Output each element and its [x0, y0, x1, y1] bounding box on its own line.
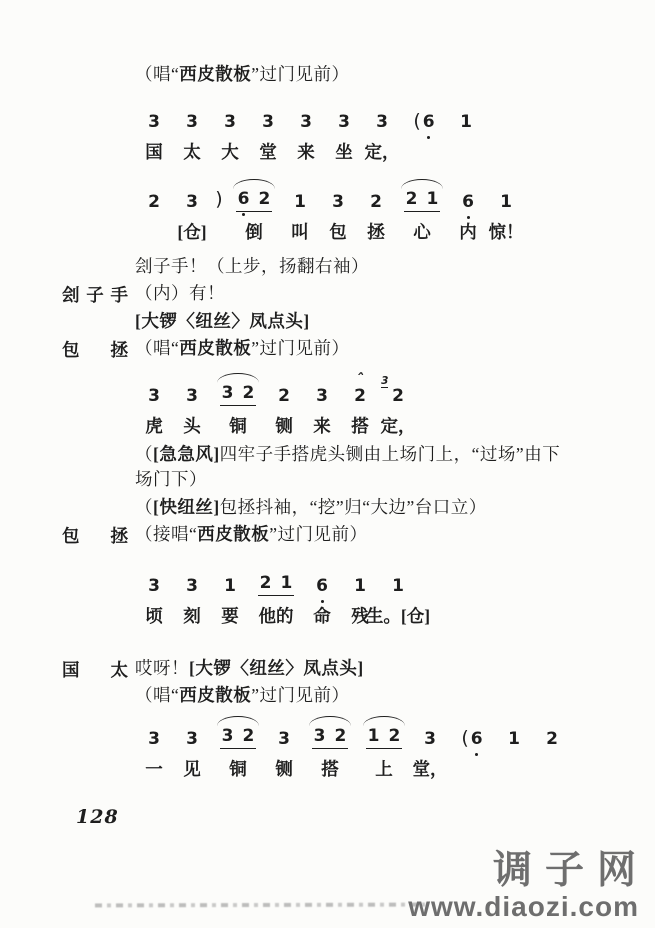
speaker-char: 子 — [86, 283, 104, 308]
text-line: （接唱“西皮散板”过门见前） — [135, 522, 635, 548]
music-cell: 3坐 — [325, 108, 363, 164]
plain-text: 场门下） — [135, 469, 207, 489]
lyric-syllable: 铡 — [275, 758, 293, 781]
jianpu-note: 3 — [314, 726, 326, 746]
jianpu-note: 3 — [300, 112, 312, 132]
music-cell: 3大 — [211, 108, 249, 164]
dialog-1: 刽子手（内）有！ — [62, 281, 635, 307]
speaker-char: 刽 — [62, 283, 80, 308]
scan-artifact-line — [95, 903, 425, 908]
note-row: 1 — [392, 572, 404, 596]
note-row: 32 — [312, 725, 349, 749]
lyric-syllable: 心 — [413, 221, 431, 244]
note-digits: 2ˆ — [354, 386, 366, 406]
accent-caret: ˆ — [357, 375, 364, 385]
dialog-3: 包拯（接唱“西皮散板”过门见前） — [62, 522, 635, 548]
music-cell: 1生。[仓] — [379, 572, 417, 628]
note-row: 3 — [332, 188, 344, 212]
note-row: 6 — [316, 572, 328, 596]
lyric-syllable: 顷 — [145, 605, 163, 628]
music-1: 3国3太3大3堂3来3坐3定，(61 — [62, 108, 635, 164]
watermark-site-url: www.diaozi.com — [408, 892, 639, 922]
low-octave-dot — [427, 136, 430, 139]
music-cell: 1 — [495, 725, 533, 781]
note-row: 1 — [224, 572, 236, 596]
lyric-syllable: 他的 — [259, 605, 294, 628]
note-digits: 3 — [300, 112, 312, 132]
jianpu-note: 2 — [546, 729, 558, 749]
grace-note: 3 — [381, 377, 388, 388]
jianpu-line: 3国3太3大3堂3来3坐3定，(61 — [135, 108, 635, 164]
music-cell: 3铡 — [265, 725, 303, 781]
text-line: （内）有！ — [135, 281, 635, 307]
text-line: （[急急风]四牢子手搭虎头铡由上场门上，“过场”由下 — [135, 442, 635, 468]
music-cell: 2 — [135, 188, 173, 244]
jianpu-note: 3 — [316, 386, 328, 406]
lyric-syllable: 见 — [183, 758, 201, 781]
lyric-syllable: 太 — [183, 141, 201, 164]
note-digits: 3 — [186, 192, 198, 212]
plain-text: （接唱“ — [135, 524, 197, 544]
music-cell: 21他的 — [249, 572, 303, 628]
jianpu-note: 2 — [389, 726, 401, 746]
lyric-syllable: 生。[仓] — [366, 605, 430, 628]
jianpu-note: 3 — [148, 386, 160, 406]
plain-text: 哎呀！ — [135, 658, 189, 678]
music-cell: 2ˆ搭 — [341, 382, 379, 438]
direction-3: （[急急风]四牢子手搭虎头铡由上场门上，“过场”由下场门下） — [62, 442, 635, 493]
note-digits: 1 — [508, 729, 520, 749]
low-octave-dot — [475, 753, 478, 756]
note-digits: 2 — [148, 192, 160, 212]
lyric-syllable: 倒 — [245, 221, 263, 244]
speaker-char: 包 — [62, 524, 80, 549]
jianpu-line: 3顷3刻1要21他的6命1残1生。[仓] — [135, 572, 635, 628]
plain-text: （内）有！ — [135, 283, 225, 303]
music-cell: 3顷 — [135, 572, 173, 628]
plain-text: ”过门见前） — [251, 64, 349, 84]
note-digits: 6 — [471, 729, 483, 749]
jianpu-note: 3 — [338, 112, 350, 132]
note-row: 6 — [462, 188, 474, 212]
jianpu-note: 6 — [471, 729, 483, 749]
speaker-label: 国太 — [62, 658, 128, 683]
watermark-site-name: 调子网 — [408, 850, 649, 892]
note-digits: 3 — [186, 386, 198, 406]
note-digits: 3 — [186, 576, 198, 596]
note-row: 3 — [224, 108, 236, 132]
tie-arc — [309, 716, 352, 726]
jianpu-note: 1 — [281, 573, 293, 593]
jianpu-note: 3 — [222, 383, 234, 403]
music-cell: 3来 — [303, 382, 341, 438]
lyric-syllable: 堂， — [413, 758, 448, 781]
jianpu-note: 3 — [424, 729, 436, 749]
note-digits: 21 — [404, 189, 441, 212]
emphasized-text: [大锣〈纽丝〉凤点头] — [189, 658, 364, 678]
note-row: 23 — [392, 382, 404, 406]
speaker-char: 太 — [111, 658, 129, 683]
lyric-syllable: 定， — [365, 141, 400, 164]
jianpu-line: 3一3见32铜3铡32搭12上3堂，(612 — [135, 725, 635, 781]
note-row: 1 — [294, 188, 306, 212]
note-row: 32 — [220, 725, 257, 749]
jianpu-note: 3 — [148, 729, 160, 749]
watermark: 调子网 www.diaozi.com — [408, 850, 639, 922]
jianpu-note: 2 — [406, 189, 418, 209]
music-5: 3一3见32铜3铡32搭12上3堂，(612 — [62, 725, 635, 781]
note-digits: 3 — [148, 576, 160, 596]
music-cell: 3定， — [363, 108, 401, 164]
music-cell: 6命 — [303, 572, 341, 628]
plain-text: ”过门见前） — [269, 524, 367, 544]
music-cell: 1叫 — [281, 188, 319, 244]
music-cell: 12上 — [357, 725, 411, 781]
jianpu-note: 2 — [259, 189, 271, 209]
note-digits: 6 — [316, 576, 328, 596]
note-row: 3 — [186, 188, 198, 212]
jianpu-note: 3 — [262, 112, 274, 132]
low-octave-dot — [467, 216, 470, 219]
direction-4: （[快纽丝]包拯抖袖，“挖”归“大边”台口立） — [62, 495, 635, 521]
jianpu-note: 3 — [222, 726, 234, 746]
music-cell: 6内 — [449, 188, 487, 244]
music-cell: 32铜 — [211, 725, 265, 781]
note-digits: 3 — [186, 112, 198, 132]
note-digits: 32 — [312, 726, 349, 749]
speaker-label: 包拯 — [62, 338, 128, 363]
jianpu-note: 1 — [368, 726, 380, 746]
note-row: 3 — [186, 572, 198, 596]
lyric-syllable: 来 — [313, 415, 331, 438]
speaker-char: 拯 — [111, 524, 129, 549]
jianpu-note: 2 — [278, 386, 290, 406]
text-line: 哎呀！[大锣〈纽丝〉凤点头] — [135, 656, 635, 682]
note-row: 32 — [220, 382, 257, 406]
note-row: 3 — [424, 725, 436, 749]
note-digits: 3 — [148, 729, 160, 749]
lyric-syllable: 铡 — [275, 415, 293, 438]
note-row: 1 — [460, 108, 472, 132]
jianpu-note: 1 — [392, 576, 404, 596]
note-digits: 12 — [366, 726, 403, 749]
text-line: （唱“西皮散板”过门见前） — [135, 336, 635, 362]
note-row: 2 — [370, 188, 382, 212]
jianpu-note: 3 — [186, 386, 198, 406]
lyric-syllable: 惊！ — [489, 221, 524, 244]
note-digits: 3 — [148, 386, 160, 406]
speaker-label: 刽子手 — [62, 283, 128, 308]
jianpu-note: 23 — [392, 386, 404, 406]
dialog-4: 国太哎呀！[大锣〈纽丝〉凤点头] — [62, 656, 635, 682]
lyric-syllable: 搭 — [351, 415, 369, 438]
lyric-syllable: 头 — [183, 415, 201, 438]
emphasized-text: [急急风] — [153, 444, 220, 464]
tie-arc — [217, 716, 260, 726]
note-digits: 3 — [278, 729, 290, 749]
jianpu-line: 23[仓])62倒1叫3包2拯21心6内1惊！ — [135, 188, 635, 244]
note-digits: 1 — [294, 192, 306, 212]
page-number: 128 — [76, 806, 119, 828]
lyric-syllable: 铜 — [229, 758, 247, 781]
note-digits: 32 — [220, 383, 257, 406]
jianpu-note: 1 — [294, 192, 306, 212]
plain-text: 四牢子手搭虎头铡由上场门上，“过场”由下 — [220, 444, 561, 464]
tie-arc — [217, 373, 260, 383]
lyric-syllable: 上 — [375, 758, 393, 781]
music-cell: 3堂 — [249, 108, 287, 164]
jianpu-note: 3 — [148, 112, 160, 132]
note-row: 21 — [258, 572, 295, 596]
note-row: 3 — [316, 382, 328, 406]
tie-arc — [233, 179, 276, 189]
note-row: 2 — [148, 188, 160, 212]
music-cell: 2铡 — [265, 382, 303, 438]
music-cell: 23定， — [379, 382, 417, 438]
emphasized-text: 西皮散板 — [179, 64, 251, 84]
lyric-syllable: 命 — [313, 605, 331, 628]
music-cell: 1 — [447, 108, 485, 164]
note-row: 3 — [186, 382, 198, 406]
jianpu-note: 6 — [423, 112, 435, 132]
jianpu-note: 2 — [260, 573, 272, 593]
note-row: 3 — [376, 108, 388, 132]
music-cell: 3堂， — [411, 725, 449, 781]
jianpu-note: 6 — [238, 189, 250, 209]
note-row: 3 — [186, 108, 198, 132]
music-cell: 3头 — [173, 382, 211, 438]
speaker-char: 拯 — [111, 338, 129, 363]
note-digits: 2 — [278, 386, 290, 406]
plain-text: （唱“ — [135, 338, 179, 358]
jianpu-note: 3 — [186, 192, 198, 212]
percussion-1: [大锣〈纽丝〉凤点头] — [62, 309, 635, 335]
direction-1: （唱“西皮散板”过门见前） — [62, 62, 635, 88]
jianpu-note: 6 — [316, 576, 328, 596]
note-row: 3 — [338, 108, 350, 132]
emphasized-text: [快纽丝] — [153, 497, 220, 517]
tie-arc — [363, 716, 406, 726]
note-row: 2ˆ — [354, 382, 366, 406]
note-row: 12 — [366, 725, 403, 749]
text-line: （唱“西皮散板”过门见前） — [135, 683, 635, 709]
music-cell: 3太 — [173, 108, 211, 164]
music-cell: 32搭 — [303, 725, 357, 781]
note-row: 62 — [236, 188, 273, 212]
jianpu-note: 6 — [462, 192, 474, 212]
text-line: 刽子手！（上步，扬翻右袖） — [135, 254, 635, 280]
text-line: （唱“西皮散板”过门见前） — [135, 62, 635, 88]
note-row: 1 — [354, 572, 366, 596]
note-digits: 3 — [148, 112, 160, 132]
lyric-syllable: 搭 — [321, 758, 339, 781]
note-row: 3 — [278, 725, 290, 749]
plain-text: ”过门见前） — [251, 685, 349, 705]
note-digits: 1 — [392, 576, 404, 596]
note-digits: 62 — [236, 189, 273, 212]
jianpu-note: 2 — [243, 726, 255, 746]
note-digits: 1 — [500, 192, 512, 212]
note-digits: 3 — [332, 192, 344, 212]
music-cell: 21心 — [395, 188, 449, 244]
music-3: 3虎3头32铜2铡3来2ˆ搭23定， — [62, 382, 635, 438]
plain-text: 包拯抖袖，“挖”归“大边”台口立） — [220, 497, 487, 517]
jianpu-line: 3虎3头32铜2铡3来2ˆ搭23定， — [135, 382, 635, 438]
music-cell: 3国 — [135, 108, 173, 164]
text-line: （[快纽丝]包拯抖袖，“挖”归“大边”台口立） — [135, 495, 635, 521]
note-row: 21 — [404, 188, 441, 212]
jianpu-note: 1 — [460, 112, 472, 132]
jianpu-note: 3 — [332, 192, 344, 212]
music-cell: 2拯 — [357, 188, 395, 244]
opening-paren: ( — [413, 110, 420, 132]
lyric-syllable: 拯 — [367, 221, 385, 244]
music-cell: 2 — [533, 725, 571, 781]
lyric-syllable: 刻 — [183, 605, 201, 628]
jianpu-note: 3 — [376, 112, 388, 132]
note-digits: 21 — [258, 573, 295, 596]
note-digits: 23 — [392, 386, 404, 406]
plain-text: （唱“ — [135, 64, 179, 84]
jianpu-note: 1 — [224, 576, 236, 596]
note-row: 3 — [148, 725, 160, 749]
emphasized-text: 西皮散板 — [197, 524, 269, 544]
jianpu-note: 2 — [335, 726, 347, 746]
note-row: 2 — [278, 382, 290, 406]
direction-2: 刽子手！（上步，扬翻右袖） — [62, 254, 635, 280]
jianpu-note: 2ˆ — [354, 386, 366, 406]
plain-text: 刽子手！（上步，扬翻右袖） — [135, 256, 369, 276]
music-cell: 32铜 — [211, 382, 265, 438]
note-row: 3 — [148, 108, 160, 132]
emphasized-text: 西皮散板 — [179, 685, 251, 705]
text-line: 场门下） — [135, 467, 635, 493]
speaker-char: 包 — [62, 338, 80, 363]
note-row: 1 — [500, 188, 512, 212]
jianpu-note: 2 — [243, 383, 255, 403]
jianpu-note: 3 — [148, 576, 160, 596]
jianpu-note: 1 — [508, 729, 520, 749]
speaker-char: 手 — [111, 283, 129, 308]
music-cell: 1惊！ — [487, 188, 525, 244]
note-row: (6 — [413, 108, 434, 132]
music-cell: 3[仓] — [173, 188, 211, 244]
emphasized-text: [大锣〈纽丝〉凤点头] — [135, 311, 310, 331]
jianpu-note: 1 — [500, 192, 512, 212]
tie-arc — [401, 179, 444, 189]
note-row: 2 — [546, 725, 558, 749]
jianpu-note: 2 — [370, 192, 382, 212]
jianpu-note: 3 — [278, 729, 290, 749]
low-octave-dot — [242, 213, 245, 216]
jianpu-note: 1 — [354, 576, 366, 596]
note-digits: 3 — [186, 729, 198, 749]
text-line: [大锣〈纽丝〉凤点头] — [135, 309, 635, 335]
lyric-syllable: 铜 — [229, 415, 247, 438]
note-digits: 3 — [424, 729, 436, 749]
note-row: 3 — [300, 108, 312, 132]
note-digits: 6 — [423, 112, 435, 132]
music-cell: 3刻 — [173, 572, 211, 628]
music-cell: 3一 — [135, 725, 173, 781]
breath-mark: ) — [215, 188, 222, 211]
jianpu-note: 3 — [186, 576, 198, 596]
lyric-syllable: 国 — [145, 141, 163, 164]
lyric-syllable: 内 — [459, 221, 477, 244]
jianpu-note: 3 — [186, 112, 198, 132]
music-cell: 3见 — [173, 725, 211, 781]
note-digits: 32 — [220, 726, 257, 749]
note-digits: 2 — [546, 729, 558, 749]
note-digits: 3 — [376, 112, 388, 132]
lyric-syllable: 一 — [145, 758, 163, 781]
jianpu-note: 2 — [148, 192, 160, 212]
jianpu-note: 1 — [427, 189, 439, 209]
note-row: 3 — [186, 725, 198, 749]
lyric-syllable: 堂 — [259, 141, 277, 164]
note-row: 1 — [508, 725, 520, 749]
speaker-label: 包拯 — [62, 524, 128, 549]
lyric-syllable: [仓] — [177, 221, 206, 244]
note-digits: 1 — [460, 112, 472, 132]
note-digits: 6 — [462, 192, 474, 212]
note-digits: 3 — [316, 386, 328, 406]
music-cell: (6 — [401, 108, 447, 164]
music-cell: 3包 — [319, 188, 357, 244]
direction-5: （唱“西皮散板”过门见前） — [62, 683, 635, 709]
scanned-score-page: （唱“西皮散板”过门见前）3国3太3大3堂3来3坐3定，(6123[仓])62倒… — [0, 0, 655, 928]
opening-paren: ( — [461, 727, 468, 749]
note-row: 3 — [148, 382, 160, 406]
score-content: （唱“西皮散板”过门见前）3国3太3大3堂3来3坐3定，(6123[仓])62倒… — [0, 0, 655, 781]
lyric-syllable: 定， — [381, 415, 416, 438]
music-cell: (6 — [449, 725, 495, 781]
lyric-syllable: 包 — [329, 221, 347, 244]
lyric-syllable: 虎 — [145, 415, 163, 438]
speaker-char: 国 — [62, 658, 80, 683]
jianpu-note: 3 — [224, 112, 236, 132]
plain-text: ”过门见前） — [251, 338, 349, 358]
music-cell: 1要 — [211, 572, 249, 628]
note-digits: 3 — [224, 112, 236, 132]
note-row: 3 — [262, 108, 274, 132]
plain-text: （ — [135, 444, 153, 464]
low-octave-dot — [321, 600, 324, 603]
music-cell: 62倒 — [227, 188, 281, 244]
music-2: 23[仓])62倒1叫3包2拯21心6内1惊！ — [62, 188, 635, 244]
lyric-syllable: 坐 — [335, 141, 353, 164]
breath-mark-cell: ) — [211, 188, 227, 211]
note-digits: 3 — [262, 112, 274, 132]
jianpu-note: 3 — [186, 729, 198, 749]
plain-text: （ — [135, 497, 153, 517]
note-digits: 1 — [224, 576, 236, 596]
note-row: 3 — [148, 572, 160, 596]
note-digits: 3 — [338, 112, 350, 132]
note-digits: 1 — [354, 576, 366, 596]
lyric-syllable: 来 — [297, 141, 315, 164]
plain-text: （唱“ — [135, 685, 179, 705]
note-digits: 2 — [370, 192, 382, 212]
note-row: (6 — [461, 725, 482, 749]
lyric-syllable: 要 — [221, 605, 239, 628]
music-4: 3顷3刻1要21他的6命1残1生。[仓] — [62, 572, 635, 628]
lyric-syllable: 叫 — [291, 221, 309, 244]
music-cell: 3虎 — [135, 382, 173, 438]
music-cell: 3来 — [287, 108, 325, 164]
emphasized-text: 西皮散板 — [179, 338, 251, 358]
dialog-2: 包拯（唱“西皮散板”过门见前） — [62, 336, 635, 362]
